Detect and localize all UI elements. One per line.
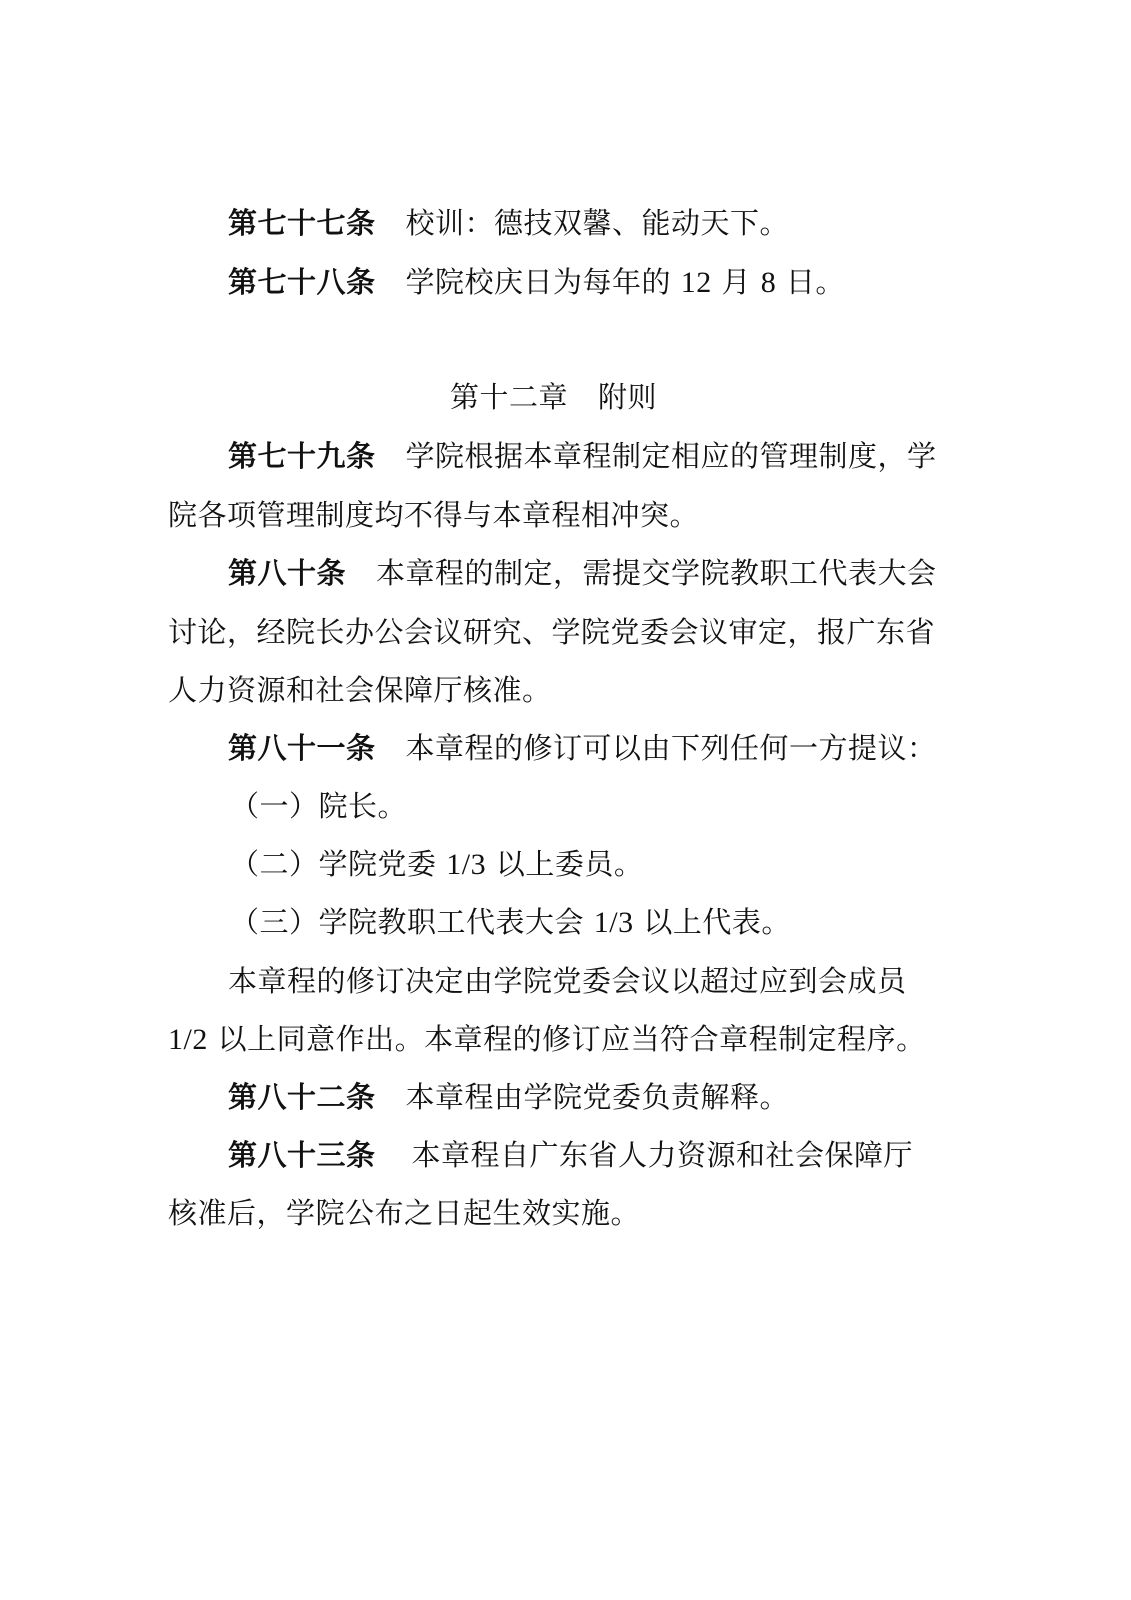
article-text: 本章程的制定，需提交学院教职工代表大会 [376, 556, 937, 590]
article-80: 第八十条本章程的制定，需提交学院教职工代表大会 [228, 553, 937, 593]
list-item: （二）学院党委 1/3 以上委员。 [230, 844, 643, 885]
article-text: 本章程自广东省人力资源和社会保障厅 [412, 1138, 914, 1172]
list-prefix: （二） [230, 847, 319, 881]
fraction: 1/2 [168, 1023, 208, 1056]
article-79: 第七十九条学院根据本章程制定相应的管理制度，学 [228, 436, 937, 476]
chapter-heading: 第十二章附则 [450, 377, 657, 417]
chapter-title: 第十二章 [450, 380, 568, 414]
article-81: 第八十一条本章程的修订可以由下列任何一方提议： [228, 728, 937, 768]
list-item: （三）学院教职工代表大会 1/3 以上代表。 [230, 902, 791, 943]
article-80-cont: 人力资源和社会保障厅核准。 [168, 670, 552, 710]
fraction: 1/3 [446, 848, 486, 881]
article-77: 第七十七条校训：德技双馨、能动天下。 [228, 203, 789, 243]
article-label: 第七十七条 [228, 206, 376, 240]
article-text: 学院校庆日为每年的 [406, 265, 672, 299]
list-text: 以上代表。 [643, 905, 791, 939]
article-label: 第八十二条 [228, 1080, 376, 1114]
article-label: 第八十条 [228, 556, 346, 590]
article-text: 校训：德技双馨、能动天下。 [406, 206, 790, 240]
paragraph-cont: 1/2 以上同意作出。本章程的修订应当符合章程制定程序。 [168, 1019, 926, 1060]
paragraph: 本章程的修订决定由学院党委会议以超过应到会成员 [228, 961, 907, 1001]
article-label: 第八十三条 [228, 1138, 376, 1172]
list-text: 学院党委 [319, 847, 437, 881]
chapter-name: 附则 [598, 380, 657, 414]
article-label: 第七十九条 [228, 439, 376, 473]
list-text: 学院教职工代表大会 [319, 905, 585, 939]
article-text: 本章程的修订可以由下列任何一方提议： [406, 731, 937, 765]
list-text: 院长。 [319, 789, 408, 823]
article-83-cont: 核准后，学院公布之日起生效实施。 [168, 1193, 640, 1233]
article-text: 本章程由学院党委负责解释。 [406, 1080, 790, 1114]
article-label: 第八十一条 [228, 731, 376, 765]
list-text: 以上委员。 [496, 847, 644, 881]
article-text: 月 [721, 265, 751, 299]
list-prefix: （三） [230, 905, 319, 939]
fraction: 1/3 [594, 906, 634, 939]
article-82: 第八十二条本章程由学院党委负责解释。 [228, 1077, 789, 1117]
article-79-cont: 院各项管理制度均不得与本章程相冲突。 [168, 495, 699, 535]
list-prefix: （一） [230, 789, 319, 823]
article-text: 学院根据本章程制定相应的管理制度，学 [406, 439, 937, 473]
article-80-cont: 讨论，经院长办公会议研究、学院党委会议审定，报广东省 [168, 612, 935, 652]
article-text: 日。 [786, 265, 845, 299]
article-label: 第七十八条 [228, 265, 376, 299]
day-number: 8 [761, 266, 777, 299]
list-item: （一）院长。 [230, 786, 407, 826]
article-83: 第八十三条本章程自广东省人力资源和社会保障厅 [228, 1135, 913, 1175]
paragraph-text: 以上同意作出。本章程的修订应当符合章程制定程序。 [218, 1022, 926, 1056]
month-number: 12 [681, 266, 712, 299]
article-78: 第七十八条学院校庆日为每年的 12 月 8 日。 [228, 262, 845, 303]
